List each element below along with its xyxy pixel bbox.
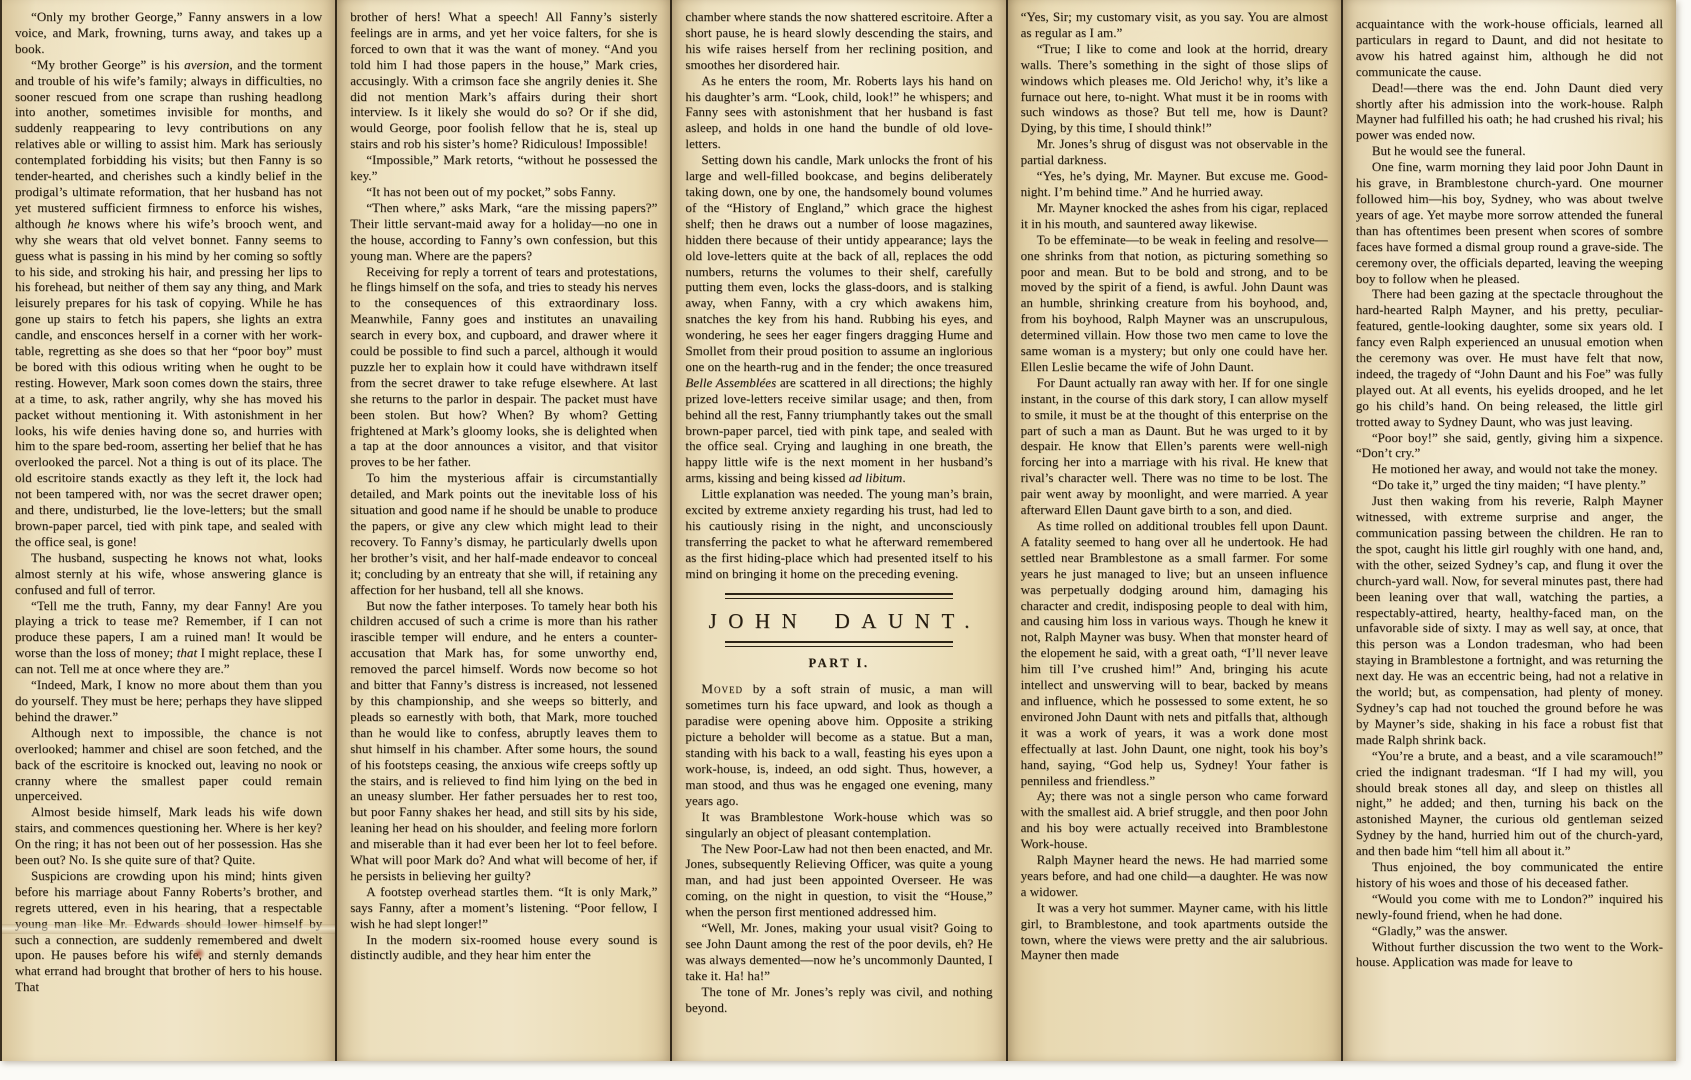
paragraph: The husband, suspecting he knows not wha…: [15, 550, 322, 598]
paragraph: As he enters the room, Mr. Roberts lays …: [685, 73, 992, 153]
text-column-4: “Yes, Sir; my customary visit, as you sa…: [1006, 0, 1341, 1061]
paragraph: To him the mysterious affair is circumst…: [350, 470, 657, 597]
paragraph: But he would see the funeral.: [1356, 143, 1663, 159]
paragraph: Receiving for reply a torrent of tears a…: [350, 264, 657, 471]
paragraph: The tone of Mr. Jones’s reply was civil,…: [685, 984, 992, 1016]
section-divider-rule: [725, 641, 952, 647]
paragraph: Ralph Mayner heard the news. He had marr…: [1021, 852, 1328, 900]
paragraph: Suspicions are crowding upon his mind; h…: [15, 868, 322, 995]
paragraph: chamber where stands the now shattered e…: [685, 9, 992, 73]
paragraph: “Do take it,” urged the tiny maiden; “I …: [1356, 477, 1663, 493]
paragraph: “Only my brother George,” Fanny answers …: [15, 9, 322, 57]
paragraph: “Gladly,” was the answer.: [1356, 923, 1663, 939]
paragraph: Little explanation was needed. The young…: [685, 486, 992, 581]
column-layout: “Only my brother George,” Fanny answers …: [2, 0, 1676, 1061]
paragraph: Just then waking from his reverie, Ralph…: [1356, 493, 1663, 748]
paragraph: “Then where,” asks Mark, “are the missin…: [350, 200, 657, 264]
story-title: JOHN DAUNT.: [685, 614, 992, 630]
section-divider-rule: [725, 593, 952, 599]
paragraph: As time rolled on additional troubles fe…: [1021, 518, 1328, 788]
paragraph: Mr. Jones’s shrug of disgust was not obs…: [1021, 136, 1328, 168]
text-column-1: “Only my brother George,” Fanny answers …: [2, 0, 335, 1061]
paragraph: One fine, warm morning they laid poor Jo…: [1356, 159, 1663, 286]
paragraph: “True; I like to come and look at the ho…: [1021, 41, 1328, 136]
text-column-2: brother of hers! What a speech! All Fann…: [335, 0, 670, 1061]
paragraph: Mr. Mayner knocked the ashes from his ci…: [1021, 200, 1328, 232]
paragraph: “You’re a brute, and a beast, and a vile…: [1356, 748, 1663, 859]
paragraph: There had been gazing at the spectacle t…: [1356, 286, 1663, 429]
paragraph: Dead!—there was the end. John Daunt died…: [1356, 80, 1663, 144]
paragraph: A footstep overhead startles them. “It i…: [350, 884, 657, 932]
paragraph: Without further discussion the two went …: [1356, 939, 1663, 971]
paragraph: It was Bramblestone Work-house which was…: [685, 809, 992, 841]
paragraph: The New Poor-Law had not then been enact…: [685, 841, 992, 921]
paragraph: Thus enjoined, the boy communicated the …: [1356, 859, 1663, 891]
paragraph: “Impossible,” Mark retorts, “without he …: [350, 152, 657, 184]
paragraph: But now the father interposes. To tamely…: [350, 598, 657, 884]
paragraph: In the modern six-roomed house every sou…: [350, 932, 657, 964]
paragraph: brother of hers! What a speech! All Fann…: [350, 9, 657, 152]
paragraph: “Indeed, Mark, I know no more about them…: [15, 677, 322, 725]
paragraph: “Well, Mr. Jones, making your usual visi…: [685, 920, 992, 984]
paragraph: “Would you come with me to London?” inqu…: [1356, 891, 1663, 923]
paragraph: To be effeminate—to be weak in feeling a…: [1021, 232, 1328, 375]
paragraph: It was a very hot summer. Mayner came, w…: [1021, 900, 1328, 964]
paragraph: “Tell me the truth, Fanny, my dear Fanny…: [15, 598, 322, 678]
paragraph: Ay; there was not a single person who ca…: [1021, 788, 1328, 852]
part-label: PART I.: [685, 656, 992, 672]
paragraph: Setting down his candle, Mark unlocks th…: [685, 152, 992, 486]
paragraph: “Poor boy!” she said, gently, giving him…: [1356, 430, 1663, 462]
paragraph: Almost beside himself, Mark leads his wi…: [15, 804, 322, 868]
text-column-3: chamber where stands the now shattered e…: [670, 0, 1005, 1061]
paragraph: “Yes, Sir; my customary visit, as you sa…: [1021, 9, 1328, 41]
newspaper-page: “Only my brother George,” Fanny answers …: [0, 0, 1676, 1061]
paragraph: “It has not been out of my pocket,” sobs…: [350, 184, 657, 200]
paragraph: acquaintance with the work-house officia…: [1356, 16, 1663, 80]
paragraph: “My brother George” is his aversion, and…: [15, 57, 322, 550]
paragraph: “Yes, he’s dying, Mr. Mayner. But excuse…: [1021, 168, 1328, 200]
paragraph: For Daunt actually ran away with her. If…: [1021, 375, 1328, 518]
text-column-5: acquaintance with the work-house officia…: [1341, 0, 1676, 1061]
paragraph: He motioned her away, and would not take…: [1356, 461, 1663, 477]
paragraph: Moved by a soft strain of music, a man w…: [685, 681, 992, 808]
paragraph: Although next to impossible, the chance …: [15, 725, 322, 805]
